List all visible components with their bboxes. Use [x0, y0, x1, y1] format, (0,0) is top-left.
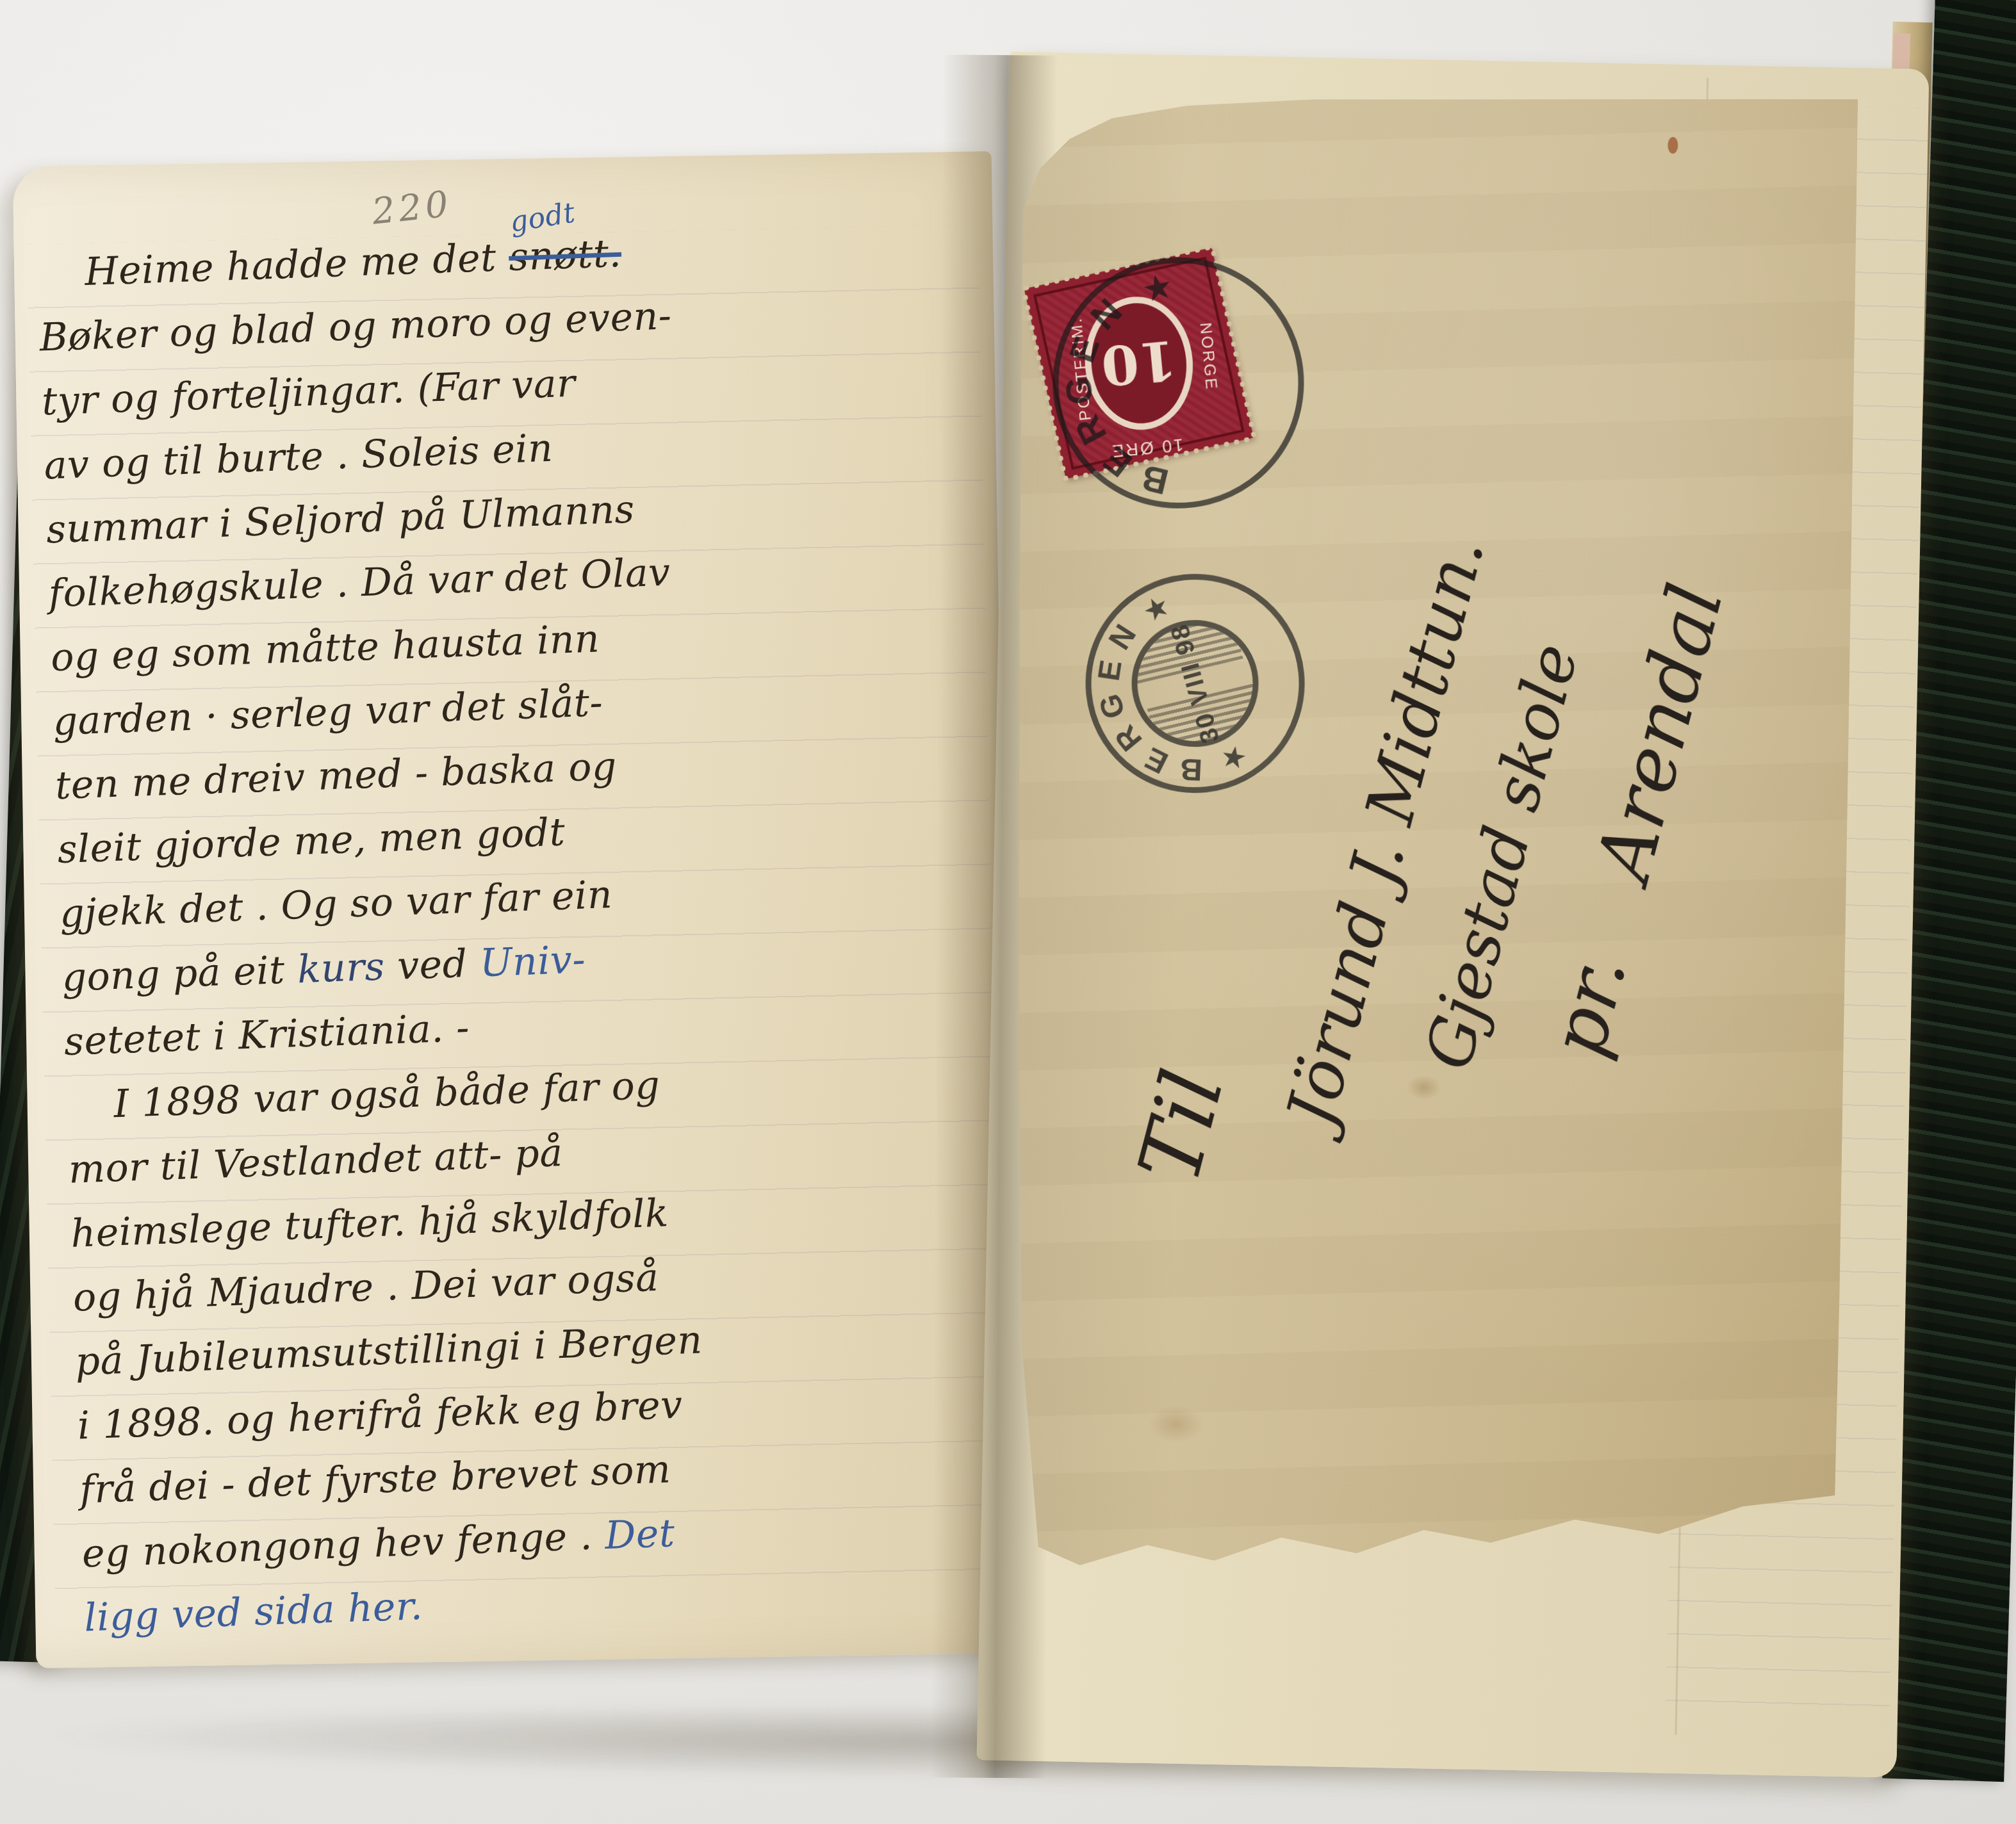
page-number: 220 [370, 183, 454, 232]
correction: snøtt.godt [507, 222, 622, 289]
blue-ink-word: Univ- [479, 937, 586, 986]
overwritten-word: kurs [297, 944, 386, 992]
line-text: eg nokongong hev fenge . [81, 1513, 606, 1576]
inserted-word: godt [505, 181, 580, 255]
envelope: 10 ØRE NORGE POSTFRIM. 10 B E R G E N ★ [1004, 90, 1858, 1593]
address-block-wrapper: Til Jörund J. Midttun. Gjestad skole pr.… [1024, 200, 1839, 1572]
blue-ink-word: Det [604, 1511, 676, 1558]
photo-of-open-diary: 220 Heime hadde me det snøtt.godt Bøker … [0, 0, 2016, 1824]
line-text: Heime hadde me det [84, 236, 497, 295]
handwritten-address: Til Jörund J. Midttun. Gjestad skole pr.… [1104, 478, 1758, 1293]
line-text: gong på eit [61, 947, 298, 1000]
diary-left-page: 220 Heime hadde me det snøtt.godt Bøker … [13, 151, 1015, 1668]
line-text: ved [384, 941, 480, 989]
diary-handwriting: Heime hadde me det snøtt.godt Bøker og b… [37, 209, 1014, 1650]
